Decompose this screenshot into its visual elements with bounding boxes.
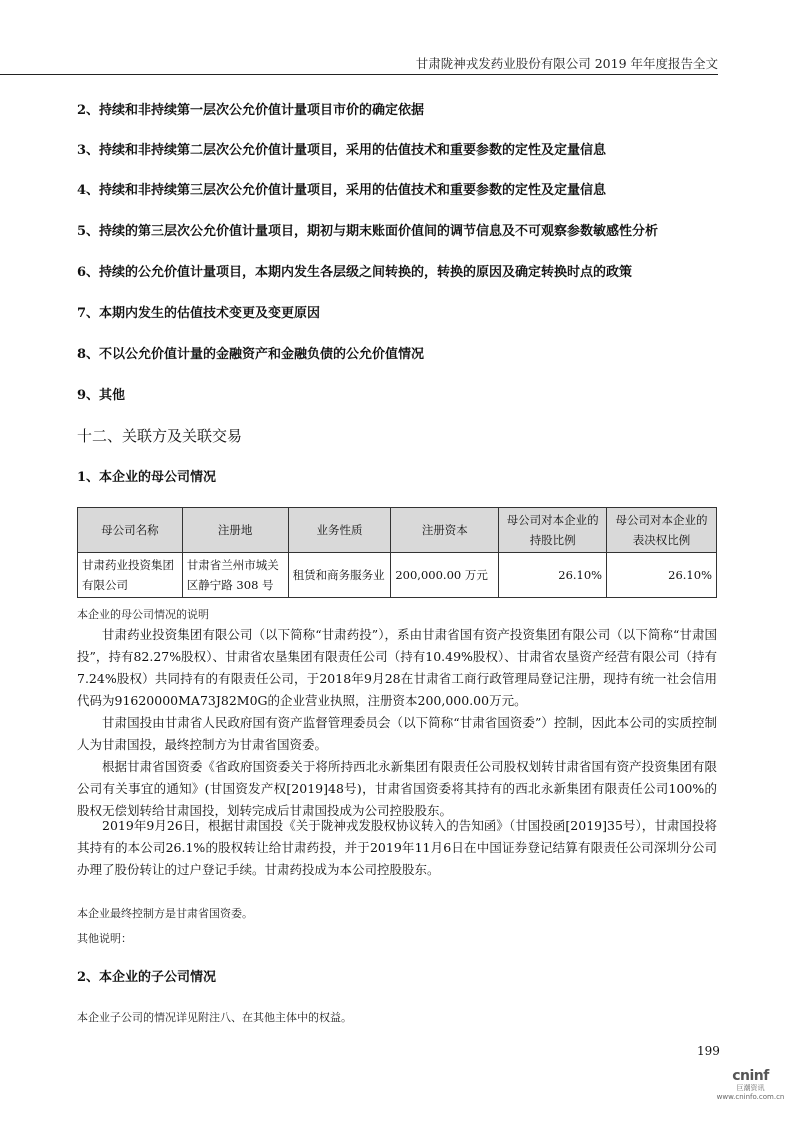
section-heading: 6、持续的公允价值计量项目，本期内发生各层级之间转换的，转换的原因及确定转换时点… — [77, 261, 632, 280]
section-heading: 7、本期内发生的估值技术变更及变更原因 — [77, 302, 320, 321]
logo-subtitle: 巨潮资讯 — [708, 1084, 793, 1093]
parent-note-label: 本企业的母公司情况的说明 — [77, 606, 209, 622]
paragraph: 甘肃国投由甘肃省人民政府国有资产监督管理委员会（以下简称“甘肃省国资委”）控制，… — [77, 712, 717, 756]
cell-business-nature: 租赁和商务服务业 — [288, 553, 391, 598]
col-header: 母公司名称 — [78, 508, 183, 553]
col-header: 业务性质 — [288, 508, 391, 553]
col-header: 母公司对本企业的持股比例 — [499, 508, 607, 553]
paragraph: 2019年9月26日，根据甘肃国投《关于陇神戎发股权协议转入的告知函》（甘国投函… — [77, 815, 717, 881]
section-heading: 5、持续的第三层次公允价值计量项目，期初与期末账面价值间的调节信息及不可观察参数… — [77, 220, 658, 239]
logo-text: cninf — [708, 1068, 793, 1084]
table-row: 甘肃药业投资集团有限公司 甘肃省兰州市城关区静宁路 308 号 租赁和商务服务业… — [78, 553, 717, 598]
logo-url: www.cninfo.com.cn — [708, 1093, 793, 1102]
page-number: 199 — [697, 1044, 720, 1058]
section-heading: 3、持续和非持续第二层次公允价值计量项目，采用的估值技术和重要参数的定性及定量信… — [77, 139, 606, 158]
subsidiary-note: 本企业子公司的情况详见附注八、在其他主体中的权益。 — [77, 1009, 352, 1025]
subsection-title: 1、本企业的母公司情况 — [77, 466, 216, 485]
section-heading: 2、持续和非持续第一层次公允价值计量项目市价的确定依据 — [77, 99, 424, 118]
col-header: 注册资本 — [391, 508, 499, 553]
chapter-title: 十二、关联方及关联交易 — [77, 425, 242, 446]
subsection-title: 2、本企业的子公司情况 — [77, 966, 216, 985]
col-header: 注册地 — [182, 508, 288, 553]
section-heading: 4、持续和非持续第三层次公允价值计量项目，采用的估值技术和重要参数的定性及定量信… — [77, 179, 606, 198]
cell-registered-capital: 200,000.00 万元 — [391, 553, 499, 598]
cell-company-name: 甘肃药业投资集团有限公司 — [78, 553, 183, 598]
report-title: 甘肃陇神戎发药业股份有限公司 2019 年年度报告全文 — [416, 54, 718, 72]
final-control-note: 本企业最终控制方是甘肃省国资委。 — [77, 905, 253, 921]
other-note: 其他说明： — [77, 930, 132, 946]
section-heading: 8、不以公允价值计量的金融资产和金融负债的公允价值情况 — [77, 343, 424, 362]
cell-voting-ratio: 26.10% — [607, 553, 717, 598]
table-header-row: 母公司名称 注册地 业务性质 注册资本 母公司对本企业的持股比例 母公司对本企业… — [78, 508, 717, 553]
cninfo-logo: cninf 巨潮资讯 www.cninfo.com.cn — [708, 1068, 793, 1102]
cell-shareholding-ratio: 26.10% — [499, 553, 607, 598]
page-header: 甘肃陇神戎发药业股份有限公司 2019 年年度报告全文 — [0, 58, 718, 75]
paragraph: 甘肃药业投资集团有限公司（以下简称“甘肃药投”），系由甘肃省国有资产投资集团有限… — [77, 624, 717, 712]
col-header: 母公司对本企业的表决权比例 — [607, 508, 717, 553]
cell-registered-address: 甘肃省兰州市城关区静宁路 308 号 — [182, 553, 288, 598]
section-heading: 9、其他 — [77, 384, 125, 403]
parent-company-table: 母公司名称 注册地 业务性质 注册资本 母公司对本企业的持股比例 母公司对本企业… — [77, 507, 717, 598]
paragraph: 根据甘肃省国资委《省政府国资委关于将所持西北永新集团有限责任公司股权划转甘肃省国… — [77, 756, 717, 822]
